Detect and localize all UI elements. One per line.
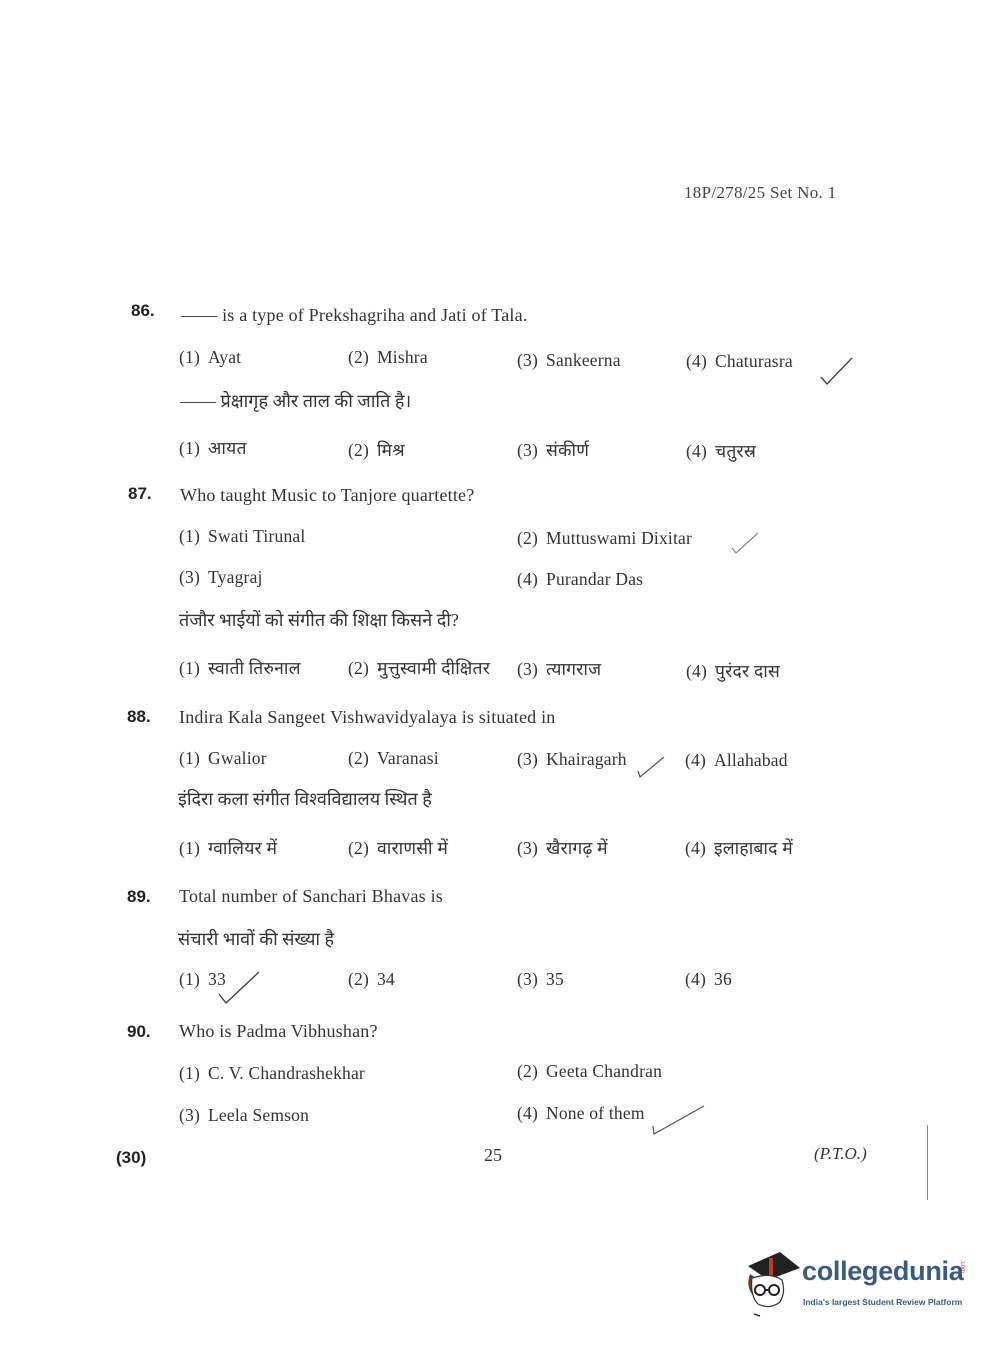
question-text-en: Indira Kala Sangeet Vishwavidyalaya is s… bbox=[179, 707, 556, 728]
option-4-hi: (4)चतुरस्र bbox=[686, 439, 756, 463]
option-1-hi: (1)ग्वालियर में bbox=[179, 836, 277, 860]
brand-name: collegedunia bbox=[802, 1256, 963, 1287]
option-2-en: (2)Geeta Chandran bbox=[517, 1061, 662, 1082]
question-number: 87. bbox=[128, 484, 152, 504]
brand-suffix: .com bbox=[959, 1260, 965, 1273]
option-3-en: (3)Tyagraj bbox=[179, 567, 263, 588]
option-4-en: (4)Allahabad bbox=[685, 750, 788, 771]
option-2-hi: (2)मुत्तुस्वामी दीक्षितर bbox=[348, 656, 490, 680]
option-3-en: (3)Khairagarh bbox=[517, 749, 627, 770]
option-2-en: (2)Mishra bbox=[348, 347, 428, 368]
option-1-en: (1)C. V. Chandrashekhar bbox=[179, 1063, 365, 1084]
option-4-en: (4)Purandar Das bbox=[517, 569, 643, 590]
question-text-en: —— is a type of Prekshagriha and Jati of… bbox=[181, 305, 528, 326]
question-number: 90. bbox=[127, 1022, 151, 1042]
option-2-hi: (2)मिश्र bbox=[348, 438, 405, 462]
option-4-hi: (4)इलाहाबाद में bbox=[685, 836, 793, 860]
option-4-en: (4)36 bbox=[685, 969, 732, 990]
option-1-en: (1)Gwalior bbox=[179, 748, 267, 769]
option-1-hi: (1)स्वाती तिरुनाल bbox=[179, 656, 301, 680]
question-text-en: Who taught Music to Tanjore quartette? bbox=[180, 485, 474, 506]
question-text-en: Total number of Sanchari Bhavas is bbox=[179, 886, 443, 907]
option-1-en: (1)Swati Tirunal bbox=[179, 526, 305, 547]
collegedunia-watermark: collegedunia .com India's largest Studen… bbox=[742, 1248, 972, 1320]
pto-label: (P.T.O.) bbox=[814, 1144, 867, 1164]
question-number: 86. bbox=[131, 301, 155, 321]
question-text-hi: —— प्रेक्षागृह और ताल की जाति है। bbox=[180, 389, 411, 413]
checkmark-icon bbox=[650, 1104, 706, 1138]
option-4-hi: (4)पुरंदर दास bbox=[686, 659, 780, 683]
option-1-hi: (1)आयत bbox=[179, 436, 247, 460]
option-3-en: (3)Sankeerna bbox=[517, 350, 621, 371]
option-2-en: (2)Varanasi bbox=[348, 748, 439, 769]
option-2-hi: (2)वाराणसी में bbox=[348, 836, 448, 860]
checkmark-icon bbox=[818, 355, 854, 387]
option-4-en: (4)Chaturasra bbox=[686, 351, 793, 372]
page-number: 25 bbox=[484, 1145, 502, 1166]
question-text-hi: इंदिरा कला संगीत विश्वविद्यालय स्थित है bbox=[178, 787, 432, 811]
option-3-hi: (3)संकीर्ण bbox=[517, 438, 589, 462]
question-text-en: Who is Padma Vibhushan? bbox=[179, 1021, 378, 1042]
option-3-hi: (3)खैरागढ़ में bbox=[517, 836, 608, 860]
mascot-icon bbox=[742, 1248, 802, 1318]
option-3-hi: (3)त्यागराज bbox=[517, 657, 601, 681]
question-number: 89. bbox=[127, 887, 151, 907]
option-4-en: (4)None of them bbox=[517, 1103, 645, 1124]
checkmark-icon bbox=[632, 753, 668, 779]
question-number: 88. bbox=[127, 707, 151, 727]
brand-tagline: India's largest Student Review Platform bbox=[803, 1297, 962, 1307]
question-text-hi: तंजौर भाईयों को संगीत की शिक्षा किसने दी… bbox=[179, 608, 459, 632]
checkmark-icon bbox=[216, 970, 262, 1006]
checkmark-icon bbox=[730, 530, 760, 556]
question-text-hi: संचारी भावों की संख्या है bbox=[178, 927, 334, 951]
question-count: (30) bbox=[116, 1148, 146, 1168]
margin-line bbox=[927, 1125, 928, 1200]
option-1-en: (1)Ayat bbox=[179, 347, 241, 368]
paper-code: 18P/278/25 Set No. 1 bbox=[684, 183, 836, 203]
option-2-en: (2)34 bbox=[348, 969, 395, 990]
option-3-en: (3)35 bbox=[517, 969, 564, 990]
option-2-en: (2)Muttuswami Dixitar bbox=[517, 528, 692, 549]
option-3-en: (3)Leela Semson bbox=[179, 1105, 309, 1126]
